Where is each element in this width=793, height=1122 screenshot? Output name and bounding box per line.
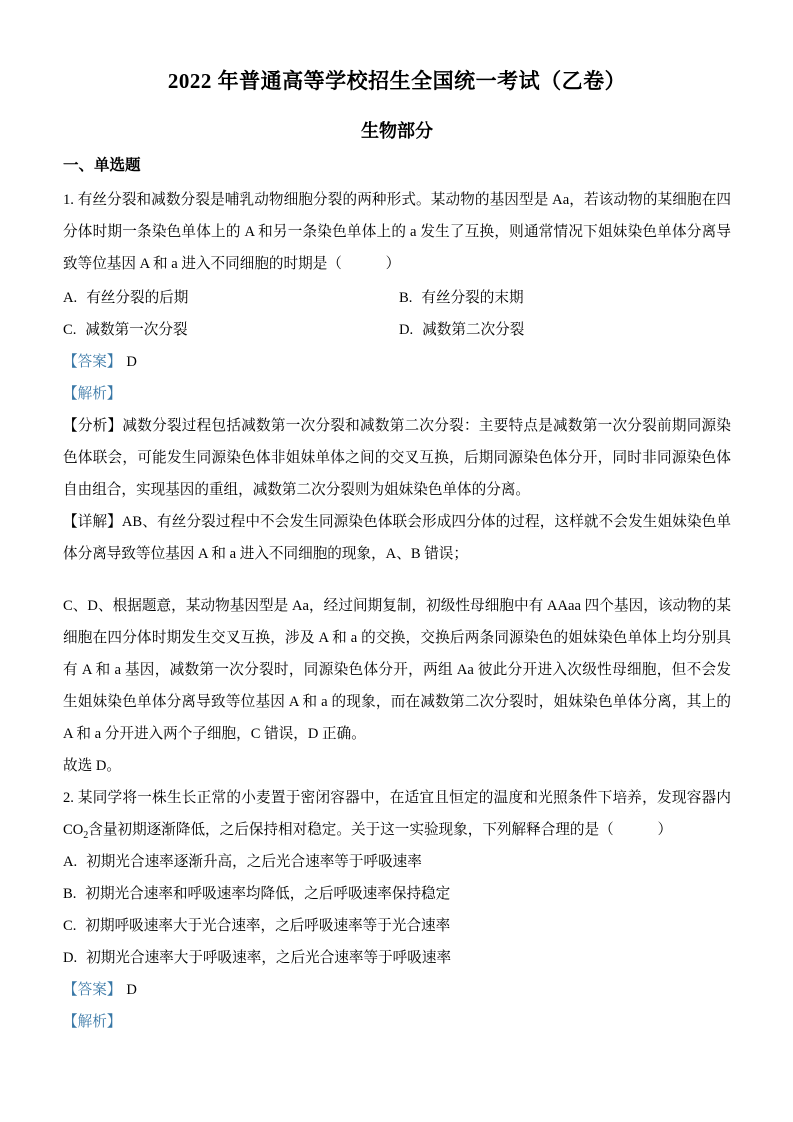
option-label: C. bbox=[63, 910, 76, 942]
option-label: D. bbox=[63, 942, 77, 974]
detail-tag: 【详解】 bbox=[63, 514, 122, 530]
question-1-detail-1: 【详解】AB、有丝分裂过程中不会发生同源染色体联会形成四分体的过程，这样就不会发… bbox=[63, 506, 731, 570]
explain-tag: 【解析】 bbox=[63, 386, 121, 402]
option-text: 有丝分裂的后期 bbox=[86, 290, 188, 306]
option-text: 减数第二次分裂 bbox=[422, 322, 524, 338]
detail-text: AB、有丝分裂过程中不会发生同源染色体联会形成四分体的过程，这样就不会发生姐妹染… bbox=[63, 514, 731, 562]
explain-tag: 【解析】 bbox=[63, 1014, 121, 1030]
option-label: D. bbox=[399, 314, 413, 346]
option-label: A. bbox=[63, 846, 77, 878]
question-2-stem: 2. 某同学将一株生长正常的小麦置于密闭容器中，在适宜且恒定的温度和光照条件下培… bbox=[63, 782, 731, 846]
question-1-options: A.有丝分裂的后期 B.有丝分裂的末期 C.减数第一次分裂 D.减数第二次分裂 bbox=[63, 282, 731, 346]
option-text: 初期呼吸速率大于光合速率，之后呼吸速率等于光合速率 bbox=[85, 918, 450, 934]
question-2-option-a: A.初期光合速率逐渐升高，之后光合速率等于呼吸速率 bbox=[63, 846, 731, 878]
answer-tag: 【答案】 bbox=[63, 354, 121, 370]
analysis-text: 减数分裂过程包括减数第一次分裂和减数第二次分裂：主要特点是减数第一次分裂前期同源… bbox=[63, 418, 731, 498]
option-text: 初期光合速率和呼吸速率均降低，之后呼吸速率保持稳定 bbox=[85, 886, 450, 902]
exam-page: 2022 年普通高等学校招生全国统一考试（乙卷） 生物部分 一、单选题 1. 有… bbox=[0, 0, 793, 1122]
question-1-detail-2: C、D、根据题意，某动物基因型是 Aa，经过间期复制，初级性母细胞中有 AAaa… bbox=[63, 590, 731, 750]
answer-value: D bbox=[126, 354, 137, 370]
question-1-conclusion: 故选 D。 bbox=[63, 750, 731, 782]
question-2-answer-line: 【答案】D bbox=[63, 974, 731, 1006]
question-1-analysis: 【分析】减数分裂过程包括减数第一次分裂和减数第二次分裂：主要特点是减数第一次分裂… bbox=[63, 410, 731, 506]
question-1-stem: 1. 有丝分裂和减数分裂是哺乳动物细胞分裂的两种形式。某动物的基因型是 Aa，若… bbox=[63, 184, 731, 280]
question-2-explain-line: 【解析】 bbox=[63, 1006, 731, 1038]
option-text: 有丝分裂的末期 bbox=[421, 290, 523, 306]
question-1-explain-line: 【解析】 bbox=[63, 378, 731, 410]
answer-tag: 【答案】 bbox=[63, 982, 121, 998]
option-text: 初期光合速率大于呼吸速率，之后光合速率等于呼吸速率 bbox=[86, 950, 451, 966]
question-2: 2. 某同学将一株生长正常的小麦置于密闭容器中，在适宜且恒定的温度和光照条件下培… bbox=[63, 782, 731, 1038]
question-1-option-c: C.减数第一次分裂 bbox=[63, 314, 399, 346]
option-label: C. bbox=[63, 314, 76, 346]
question-1-option-a: A.有丝分裂的后期 bbox=[63, 282, 399, 314]
exam-subtitle: 生物部分 bbox=[63, 118, 731, 144]
answer-value: D bbox=[126, 982, 137, 998]
question-2-option-d: D.初期光合速率大于呼吸速率，之后光合速率等于呼吸速率 bbox=[63, 942, 731, 974]
analysis-tag: 【分析】 bbox=[63, 418, 122, 434]
question-2-option-b: B.初期光合速率和呼吸速率均降低，之后呼吸速率保持稳定 bbox=[63, 878, 731, 910]
question-1: 1. 有丝分裂和减数分裂是哺乳动物细胞分裂的两种形式。某动物的基因型是 Aa，若… bbox=[63, 184, 731, 782]
option-label: A. bbox=[63, 282, 77, 314]
question-1-answer-line: 【答案】D bbox=[63, 346, 731, 378]
question-2-option-c: C.初期呼吸速率大于光合速率，之后呼吸速率等于光合速率 bbox=[63, 910, 731, 942]
option-text: 减数第一次分裂 bbox=[85, 322, 187, 338]
option-label: B. bbox=[399, 282, 412, 314]
option-text: 初期光合速率逐渐升高，之后光合速率等于呼吸速率 bbox=[86, 854, 422, 870]
option-label: B. bbox=[63, 878, 76, 910]
section-heading: 一、单选题 bbox=[63, 154, 731, 178]
question-1-option-d: D.减数第二次分裂 bbox=[399, 314, 731, 346]
stem-text-post: 含量初期逐渐降低，之后保持相对稳定。关于这一实验现象，下列解释合理的是（ ） bbox=[88, 822, 672, 838]
exam-title: 2022 年普通高等学校招生全国统一考试（乙卷） bbox=[63, 66, 731, 96]
question-1-option-b: B.有丝分裂的末期 bbox=[399, 282, 731, 314]
